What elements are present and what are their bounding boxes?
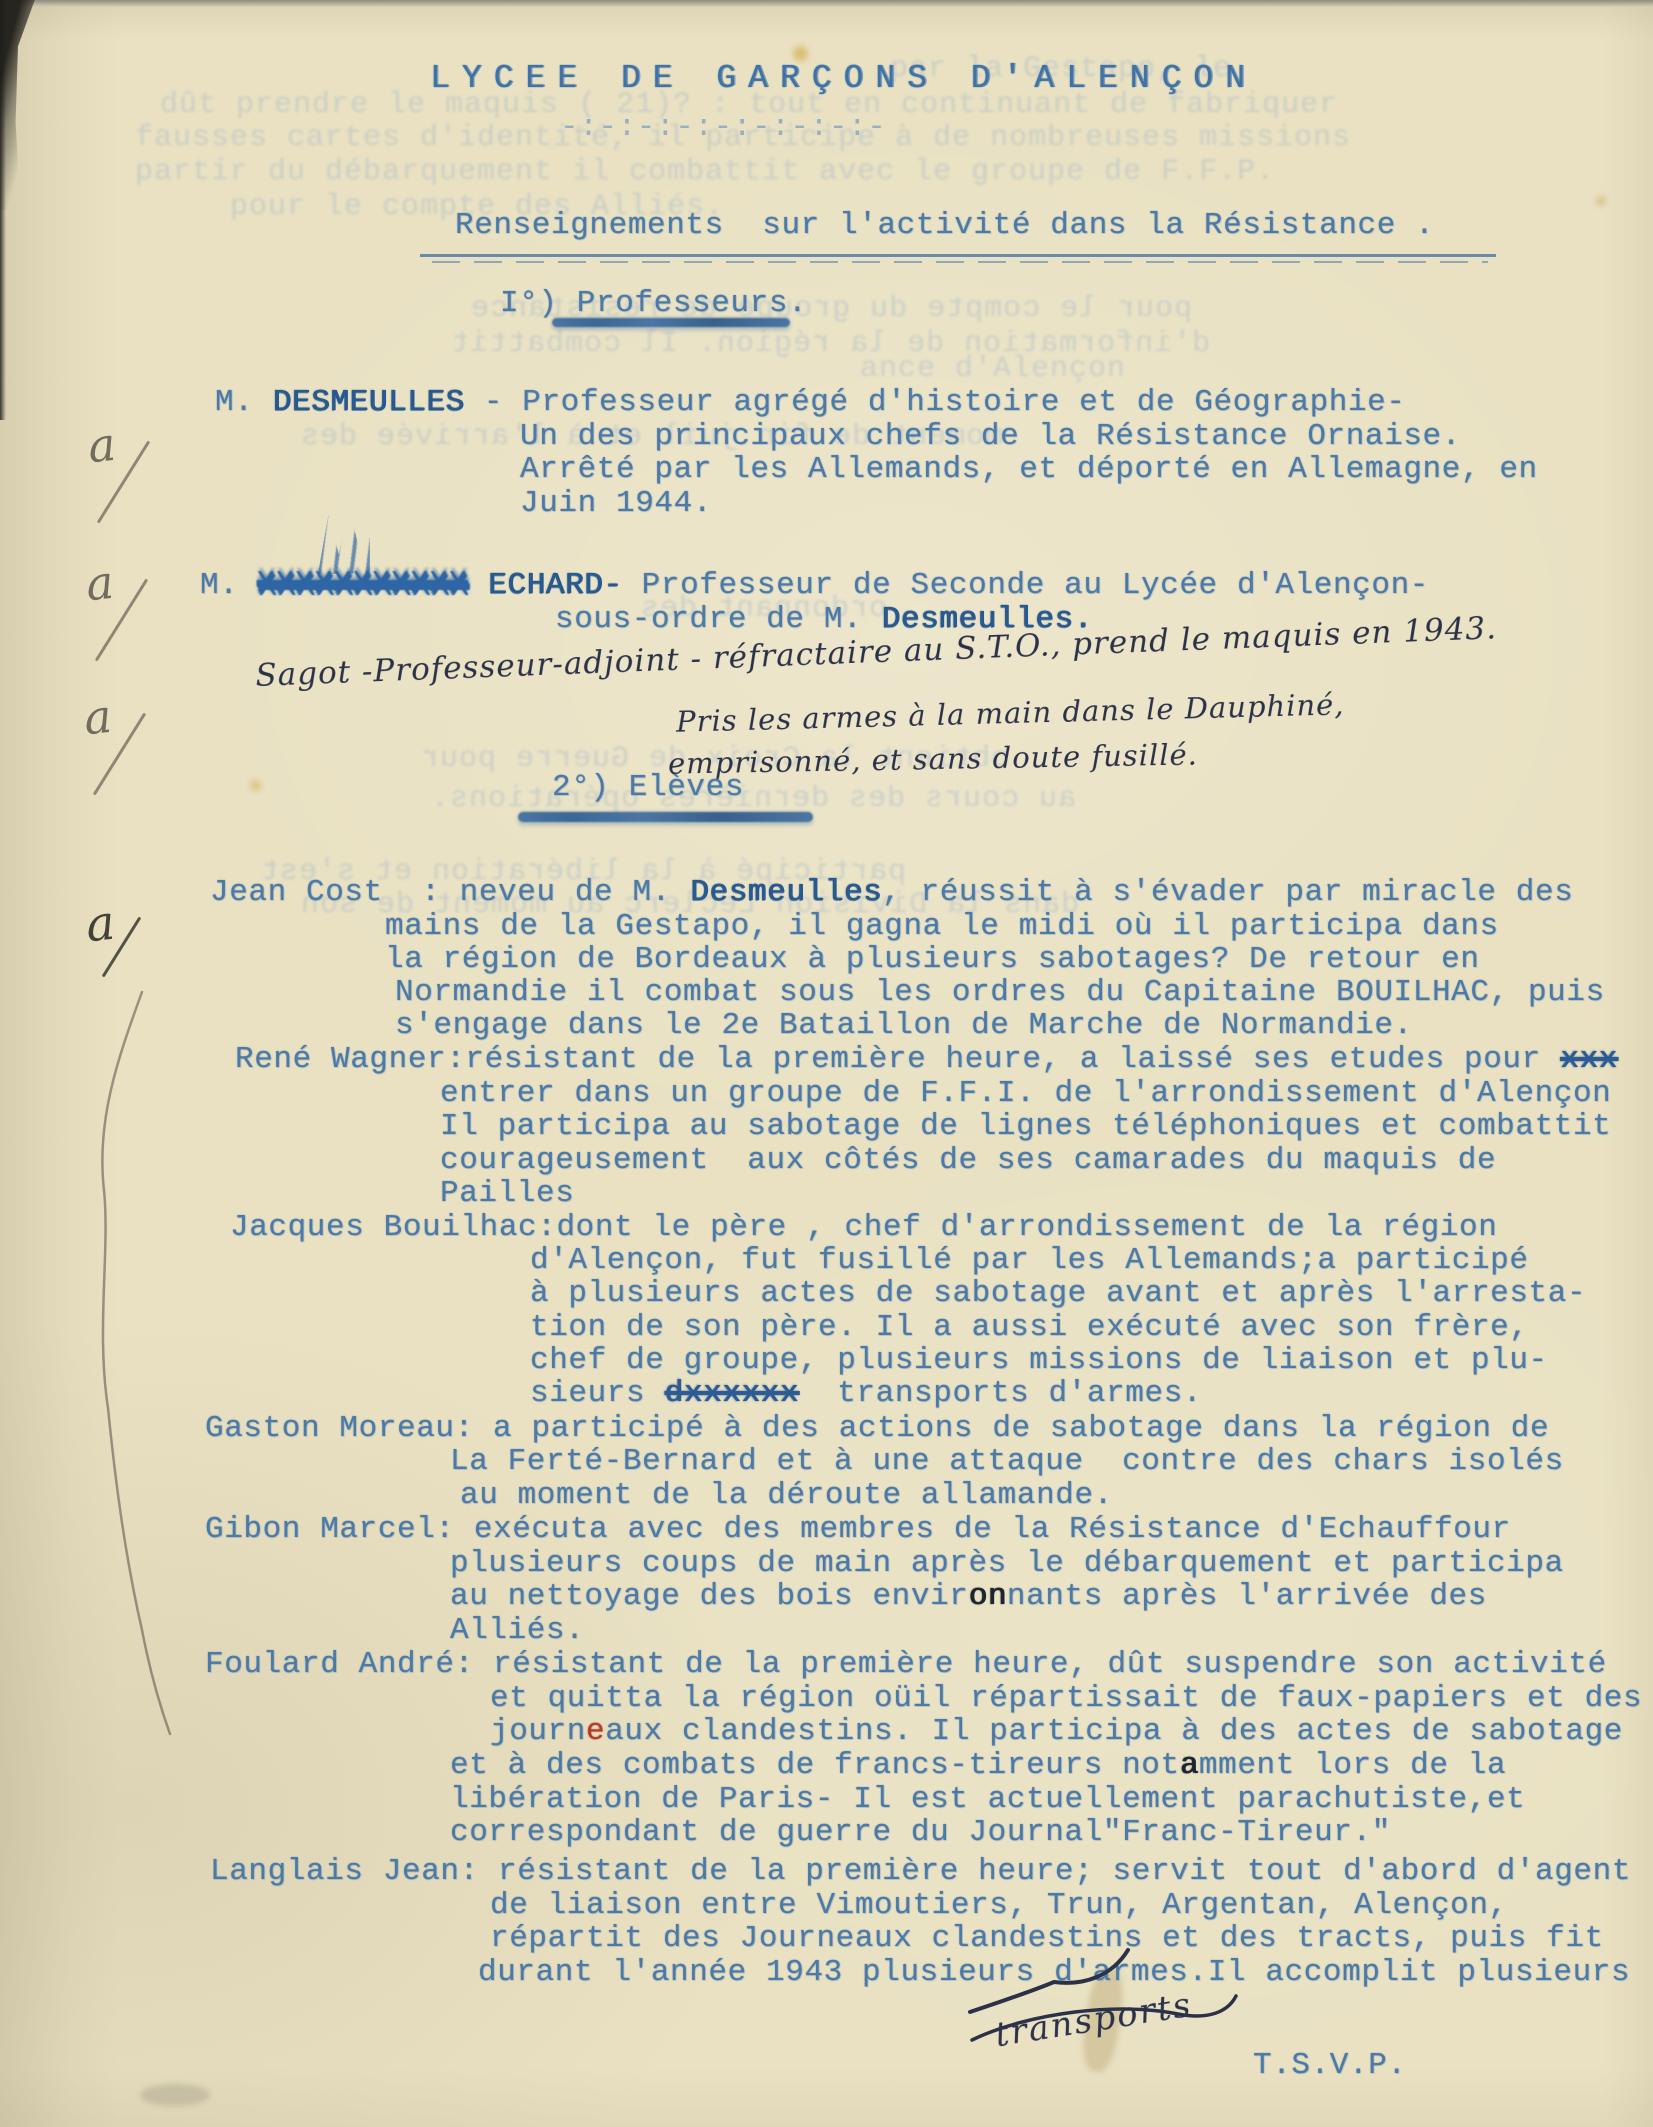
ink-scribble-spikes (318, 508, 370, 574)
typed-segment: durant l'année 1943 plusieurs d'armes.Il… (478, 1955, 1630, 1990)
heading-professeurs: I°) Professeurs. (500, 286, 807, 321)
doc-title: LYCEE DE GARÇONS D'ALENÇON (430, 60, 1257, 97)
typed-line: entrer dans un groupe de F.F.I. de l'arr… (440, 1076, 1611, 1111)
typed-segment: courageusement aux côtés de ses camarade… (440, 1143, 1496, 1178)
typed-line: journeaux clandestins. Il participa à de… (490, 1714, 1623, 1749)
typed-segment: René Wagner:résistant de la première heu… (235, 1042, 1560, 1077)
typed-segment: s'engage dans le 2e Bataillon de Marche … (395, 1008, 1413, 1043)
bleedthrough-fragment: ance d'Alençon (860, 352, 1126, 386)
typed-segment-hv: Desmeulles (690, 875, 882, 910)
typed-line: tion de son père. Il a aussi exécuté ave… (530, 1310, 1529, 1345)
typed-segment: d'Alençon, fut fusillé par les Allemands… (530, 1243, 1529, 1278)
entry-jean-cost: Jean Cost : neveu de M. Desmeulles, réus… (210, 875, 1573, 910)
typed-line: au moment de la déroute allamande. (460, 1478, 1113, 1513)
pencil-margin-mark: a (84, 690, 204, 820)
typed-line: Un des principaux chefs de la Résistance… (520, 419, 1461, 454)
typed-segment: Juin 1944. (520, 486, 712, 521)
pencil-margin-mark: a (86, 896, 206, 1026)
typed-line: et à des combats de francs-tireurs notam… (450, 1748, 1506, 1783)
typed-segment: entrer dans un groupe de F.F.I. de l'arr… (440, 1076, 1611, 1111)
pencil-letter-a: a (83, 555, 116, 612)
typed-segment-dk: on (968, 1579, 1006, 1614)
scanned-page: par la Gestapo, ledût prendre le maquis … (0, 0, 1653, 2127)
typed-segment: Renseignements sur l'activité dans la Ré… (455, 208, 1434, 243)
typed-segment-dk: a (1180, 1748, 1199, 1783)
age-spot (140, 2084, 210, 2106)
typed-segment: tion de son père. Il a aussi exécuté ave… (530, 1310, 1529, 1345)
typed-segment: libération de Paris- Il est actuellement… (450, 1782, 1525, 1817)
pencil-squiggle-path (102, 992, 170, 1734)
typed-segment-hv: ECHARD- (488, 568, 622, 603)
pencil-letter-a: a (83, 895, 117, 954)
typed-line: Il participa au sabotage de lignes télép… (440, 1109, 1611, 1144)
typed-segment: sous-ordre de M. (555, 602, 881, 637)
entry-rene-wagner: René Wagner:résistant de la première heu… (235, 1042, 1618, 1077)
entry-echard: M. XXXXXXXXXXX ECHARD- Professeur de Sec… (200, 568, 1429, 603)
typed-segment: Pailles (440, 1176, 574, 1211)
typed-segment: Il participa au sabotage de lignes télép… (440, 1109, 1611, 1144)
typed-line: correspondant de guerre du Journal"Franc… (450, 1815, 1391, 1850)
typed-line: Normandie il combat sous les ordres du C… (395, 975, 1605, 1010)
typed-segment: Jacques Bouilhac:dont le père , chef d'a… (230, 1210, 1497, 1245)
typed-segment: au nettoyage des bois envir (450, 1579, 968, 1614)
typed-line: et quitta la région oüil répartissait de… (490, 1681, 1642, 1716)
typed-segment: au moment de la déroute allamande. (460, 1478, 1113, 1513)
typed-line: Juin 1944. (520, 486, 712, 521)
subject-underline-dashes (432, 261, 1488, 263)
typed-line: libération de Paris- Il est actuellement… (450, 1782, 1525, 1817)
pencil-margin-mark: a (88, 418, 208, 548)
typed-segment: M. (200, 568, 258, 603)
typed-segment: T.S.V.P. (1253, 2048, 1407, 2083)
typed-segment: Foulard André: résistant de la première … (205, 1647, 1607, 1682)
typed-segment: -:-:-:-:-:-:-:-:- (560, 110, 886, 145)
doc-subject: Renseignements sur l'activité dans la Ré… (455, 208, 1434, 243)
typed-line: Arrêté par les Allemands, et déporté en … (520, 452, 1538, 487)
entry-jacques-bouilhac: Jacques Bouilhac:dont le père , chef d'a… (230, 1210, 1497, 1245)
pencil-letter-a: a (85, 417, 118, 474)
heading-underline-eleves (518, 812, 813, 822)
typed-segment: LYCEE DE GARÇONS D'ALENÇON (430, 60, 1257, 97)
typed-line: plusieurs coups de main après le débarqu… (450, 1546, 1564, 1581)
title-decoration: -:-:-:-:-:-:-:-:- (560, 110, 886, 145)
typed-line: de liaison entre Vimoutiers, Trun, Argen… (490, 1888, 1508, 1923)
typed-segment (469, 568, 488, 603)
typed-segment: La Ferté-Bernard et à une attaque contre… (450, 1444, 1564, 1479)
typed-line: la région de Bordeaux à plusieurs sabota… (385, 942, 1480, 977)
typed-segment: Normandie il combat sous les ordres du C… (395, 975, 1605, 1010)
entry-langlais-jean: Langlais Jean: résistant de la première … (210, 1854, 1631, 1889)
typed-segment: transports d'armes. (799, 1376, 1202, 1411)
typed-segment: M. (215, 385, 273, 420)
pencil-letter-a: a (81, 689, 114, 746)
typed-segment: à plusieurs actes de sabotage avant et a… (530, 1276, 1586, 1311)
typed-segment: journ (490, 1714, 586, 1749)
typed-segment: mains de la Gestapo, il gagna le midi où… (385, 909, 1499, 944)
scanner-edge-left (0, 0, 6, 420)
typed-segment-rd: e (586, 1714, 605, 1749)
typed-line: à plusieurs actes de sabotage avant et a… (530, 1276, 1586, 1311)
typed-segment: , réussit à s'évader par miracle des (882, 875, 1573, 910)
typed-segment: répartit des Journeaux clandestins et de… (490, 1921, 1604, 1956)
typed-segment: Alliés. (450, 1613, 584, 1648)
typed-line: durant l'année 1943 plusieurs d'armes.Il… (478, 1955, 1630, 1990)
handwritten-sagot-line2: Pris les armes à la main dans le Dauphin… (676, 687, 1345, 738)
typed-segment: Langlais Jean: résistant de la première … (210, 1854, 1631, 1889)
typed-segment: aux clandestins. Il participa à des acte… (605, 1714, 1623, 1749)
typed-segment: chef de groupe, plusieurs missions de li… (530, 1343, 1548, 1378)
typed-line: chef de groupe, plusieurs missions de li… (530, 1343, 1548, 1378)
typed-line: d'Alençon, fut fusillé par les Allemands… (530, 1243, 1529, 1278)
typed-segment: et quitta la région oüil répartissait de… (490, 1681, 1642, 1716)
age-spot (1596, 196, 1606, 206)
age-spot (793, 46, 808, 61)
entry-desmeulles: M. DESMEULLES - Professeur agrégé d'hist… (215, 385, 1406, 420)
typed-segment: plusieurs coups de main après le débarqu… (450, 1546, 1564, 1581)
typed-segment: nants après l'arrivée des (1007, 1579, 1487, 1614)
typed-line: La Ferté-Bernard et à une attaque contre… (450, 1444, 1564, 1479)
typed-line: sieurs dxxxxxx transports d'armes. (530, 1376, 1202, 1411)
typed-segment-ov: dxxxxxx (664, 1376, 798, 1411)
typed-segment: I°) Professeurs. (500, 286, 807, 321)
typed-segment: mment lors de la (1199, 1748, 1506, 1783)
typed-segment: Un des principaux chefs de la Résistance… (520, 419, 1461, 454)
typed-segment: Professeur de Seconde au Lycée d'Alençon… (622, 568, 1429, 603)
entry-foulard-andre: Foulard André: résistant de la première … (205, 1647, 1607, 1682)
bleedthrough-fragment: au cours des dernières opérations. (430, 782, 1076, 816)
typed-line: Alliés. (450, 1613, 584, 1648)
tsvp: T.S.V.P. (1253, 2048, 1407, 2083)
scanner-edge-top (0, 0, 1653, 7)
typed-segment: la région de Bordeaux à plusieurs sabota… (385, 942, 1480, 977)
typed-segment: Gibon Marcel: exécuta avec des membres d… (205, 1512, 1511, 1547)
typed-segment: - Professeur agrégé d'histoire et de Géo… (465, 385, 1406, 420)
typed-segment-ov: xxx (1560, 1042, 1618, 1077)
entry-gaston-moreau: Gaston Moreau: a participé à des actions… (205, 1411, 1549, 1446)
pencil-margin-mark: a (86, 556, 206, 686)
typed-segment: de liaison entre Vimoutiers, Trun, Argen… (490, 1888, 1508, 1923)
subject-underline (420, 254, 1496, 257)
typed-segment: Arrêté par les Allemands, et déporté en … (520, 452, 1538, 487)
typed-segment: Gaston Moreau: a participé à des actions… (205, 1411, 1549, 1446)
typed-segment: correspondant de guerre du Journal"Franc… (450, 1815, 1391, 1850)
typed-line: au nettoyage des bois environnants après… (450, 1579, 1487, 1614)
typed-segment: sieurs (530, 1376, 664, 1411)
entry-gibon-marcel: Gibon Marcel: exécuta avec des membres d… (205, 1512, 1511, 1547)
typed-line: répartit des Journeaux clandestins et de… (490, 1921, 1604, 1956)
age-spot (250, 780, 261, 791)
typed-line: s'engage dans le 2e Bataillon de Marche … (395, 1008, 1413, 1043)
typed-segment: Jean Cost : neveu de M. (210, 875, 690, 910)
typed-segment-hv: DESMEULLES (273, 385, 465, 420)
typed-line: mains de la Gestapo, il gagna le midi où… (385, 909, 1499, 944)
typed-line: Pailles (440, 1176, 574, 1211)
bleedthrough-fragment: partir du débarquement il combattit avec… (135, 155, 1275, 189)
scanner-edge-corner (0, 0, 60, 210)
typed-line: courageusement aux côtés de ses camarade… (440, 1143, 1496, 1178)
typed-segment: et à des combats de francs-tireurs not (450, 1748, 1180, 1783)
